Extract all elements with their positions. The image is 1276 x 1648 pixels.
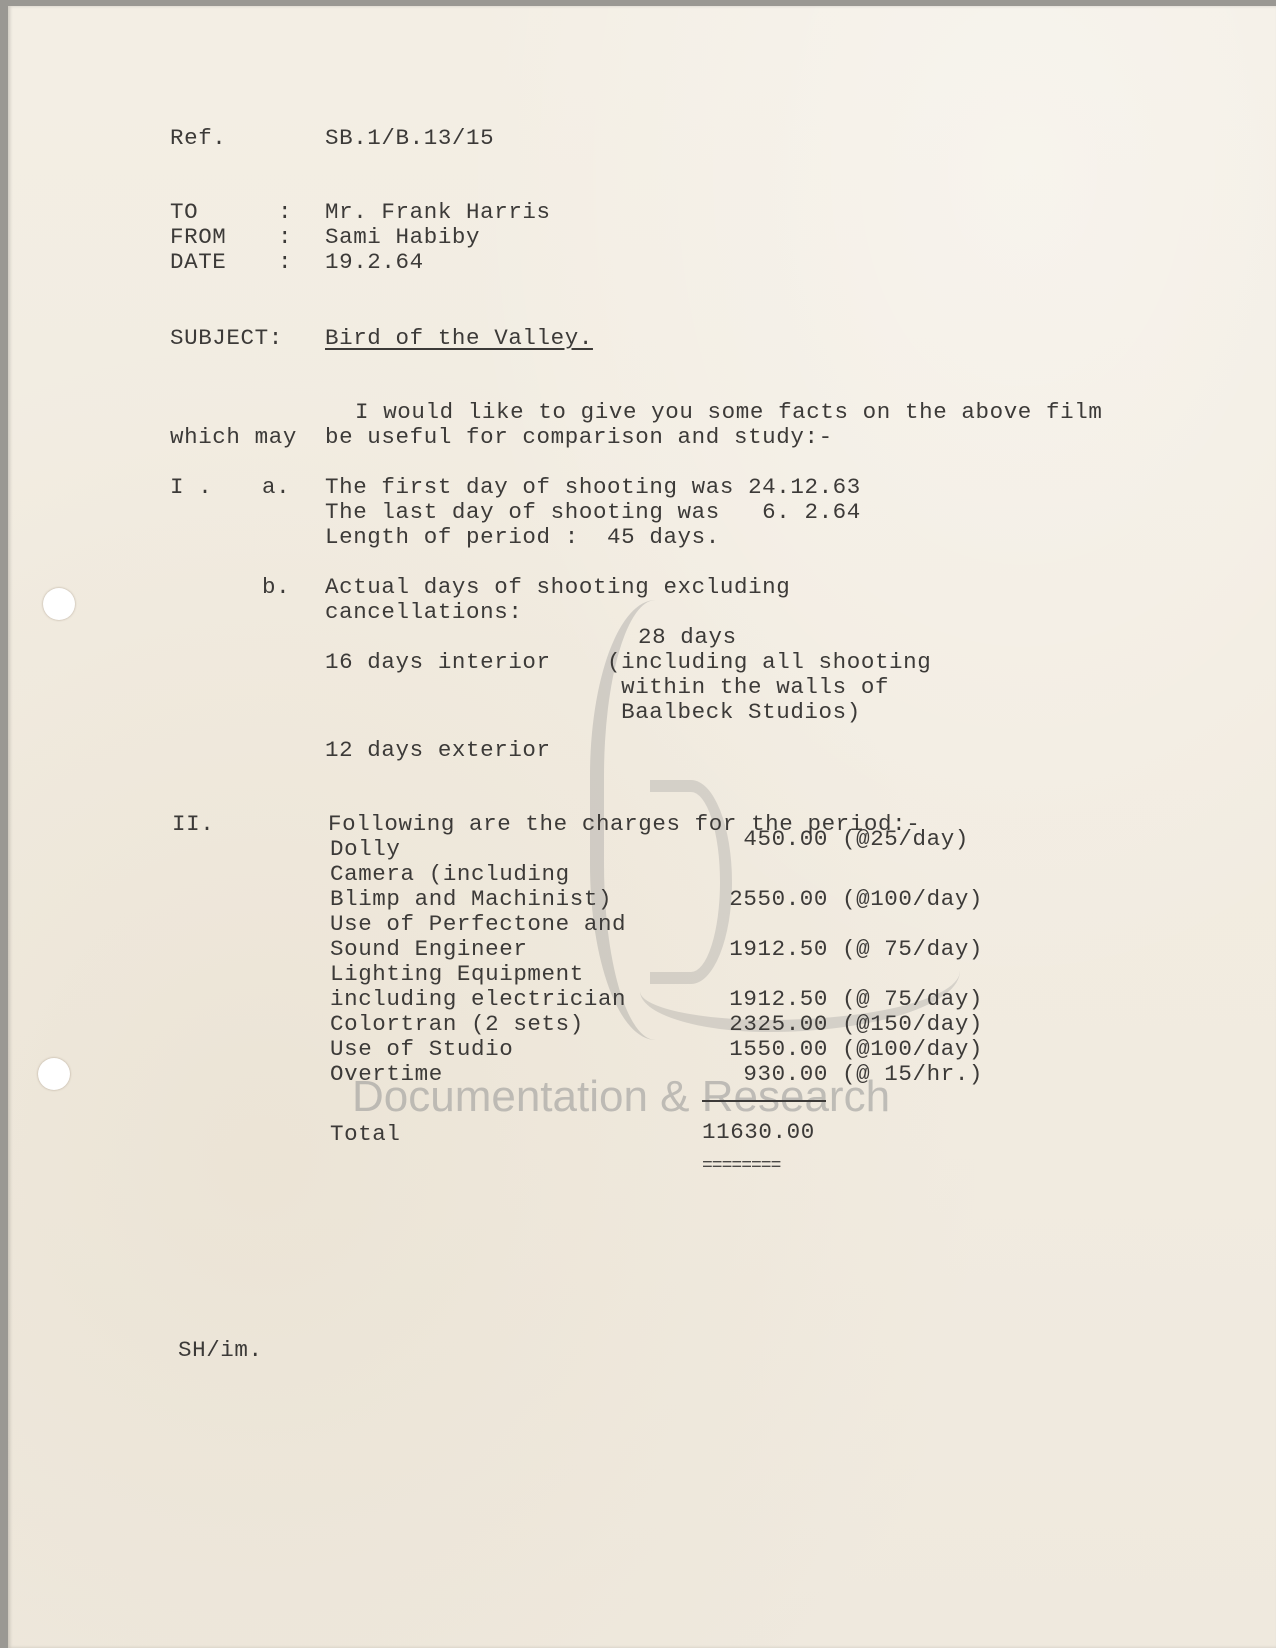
punch-hole-top bbox=[43, 588, 75, 620]
typist-initials: SH/im. bbox=[178, 1338, 263, 1363]
section-1a-line: The last day of shooting was 6. 2.64 bbox=[325, 500, 861, 525]
charge-item-label: Overtime bbox=[330, 1062, 443, 1087]
charge-amount: 1550.00 bbox=[729, 1037, 828, 1062]
charge-amount: 1912.50 bbox=[729, 937, 828, 962]
charge-amount: 450.00 bbox=[743, 827, 828, 852]
punch-hole-bottom bbox=[38, 1058, 70, 1090]
total-label: Total bbox=[330, 1122, 401, 1147]
charge-item-label: Camera (including bbox=[330, 862, 570, 887]
to-value: Mr. Frank Harris bbox=[325, 200, 551, 225]
section-2-numeral: II. bbox=[172, 812, 214, 837]
charges-heading: Following are the charges for the period… bbox=[328, 812, 920, 837]
interior-note: (including all shooting bbox=[607, 650, 931, 675]
charge-rate: (@100/day) bbox=[842, 887, 983, 912]
charge-amount: 2550.00 bbox=[729, 887, 828, 912]
date-value: 19.2.64 bbox=[325, 250, 424, 275]
shooting-days-total: 28 days bbox=[638, 625, 737, 650]
section-1b-line: Actual days of shooting excluding bbox=[325, 575, 790, 600]
charge-item-label: Dolly bbox=[330, 837, 401, 862]
section-1a-line: Length of period : 45 days. bbox=[325, 525, 720, 550]
charge-rate: (@ 75/day) bbox=[842, 937, 983, 962]
subtotal-rule bbox=[702, 1100, 826, 1102]
date-colon: : bbox=[278, 250, 292, 275]
intro-line-1: I would like to give you some facts on t… bbox=[355, 400, 1102, 425]
charge-item-label: Colortran (2 sets) bbox=[330, 1012, 584, 1037]
section-1b-line: cancellations: bbox=[325, 600, 522, 625]
section-1-numeral: I . bbox=[170, 475, 212, 500]
subject-value: Bird of the Valley. bbox=[325, 326, 593, 351]
total-double-rule: ======== bbox=[702, 1156, 780, 1176]
section-1a-line: The first day of shooting was 24.12.63 bbox=[325, 475, 861, 500]
total-value: 11630.00 bbox=[702, 1120, 815, 1145]
interior-note: Baalbeck Studios) bbox=[607, 700, 861, 725]
charge-item-label: Use of Perfectone and bbox=[330, 912, 626, 937]
interior-note: within the walls of bbox=[607, 675, 889, 700]
charge-item-label: including electrician bbox=[330, 987, 626, 1012]
interior-days: 16 days interior bbox=[325, 650, 551, 675]
to-label: TO bbox=[170, 200, 198, 225]
from-colon: : bbox=[278, 225, 292, 250]
subject-label: SUBJECT: bbox=[170, 326, 283, 351]
intro-line-2: be useful for comparison and study:- bbox=[325, 425, 833, 450]
charge-item-label: Use of Studio bbox=[330, 1037, 513, 1062]
charge-item-label: Lighting Equipment bbox=[330, 962, 584, 987]
charge-item-label: Blimp and Machinist) bbox=[330, 887, 612, 912]
charge-amount: 1912.50 bbox=[729, 987, 828, 1012]
date-label: DATE bbox=[170, 250, 226, 275]
from-value: Sami Habiby bbox=[325, 225, 480, 250]
exterior-days: 12 days exterior bbox=[325, 738, 551, 763]
ref-label: Ref. bbox=[170, 126, 226, 151]
ref-value: SB.1/B.13/15 bbox=[325, 126, 494, 151]
charge-amount: 930.00 bbox=[743, 1062, 828, 1087]
charge-rate: (@ 15/hr.) bbox=[842, 1062, 983, 1087]
charge-item-label: Sound Engineer bbox=[330, 937, 527, 962]
charge-rate: (@ 75/day) bbox=[842, 987, 983, 1012]
intro-line-2-lead: which may bbox=[170, 425, 297, 450]
charge-rate: (@150/day) bbox=[842, 1012, 983, 1037]
charge-amount: 2325.00 bbox=[729, 1012, 828, 1037]
section-1b-label: b. bbox=[262, 575, 290, 600]
charge-rate: (@25/day) bbox=[842, 827, 969, 852]
to-colon: : bbox=[278, 200, 292, 225]
from-label: FROM bbox=[170, 225, 226, 250]
charge-rate: (@100/day) bbox=[842, 1037, 983, 1062]
section-1a-label: a. bbox=[262, 475, 290, 500]
